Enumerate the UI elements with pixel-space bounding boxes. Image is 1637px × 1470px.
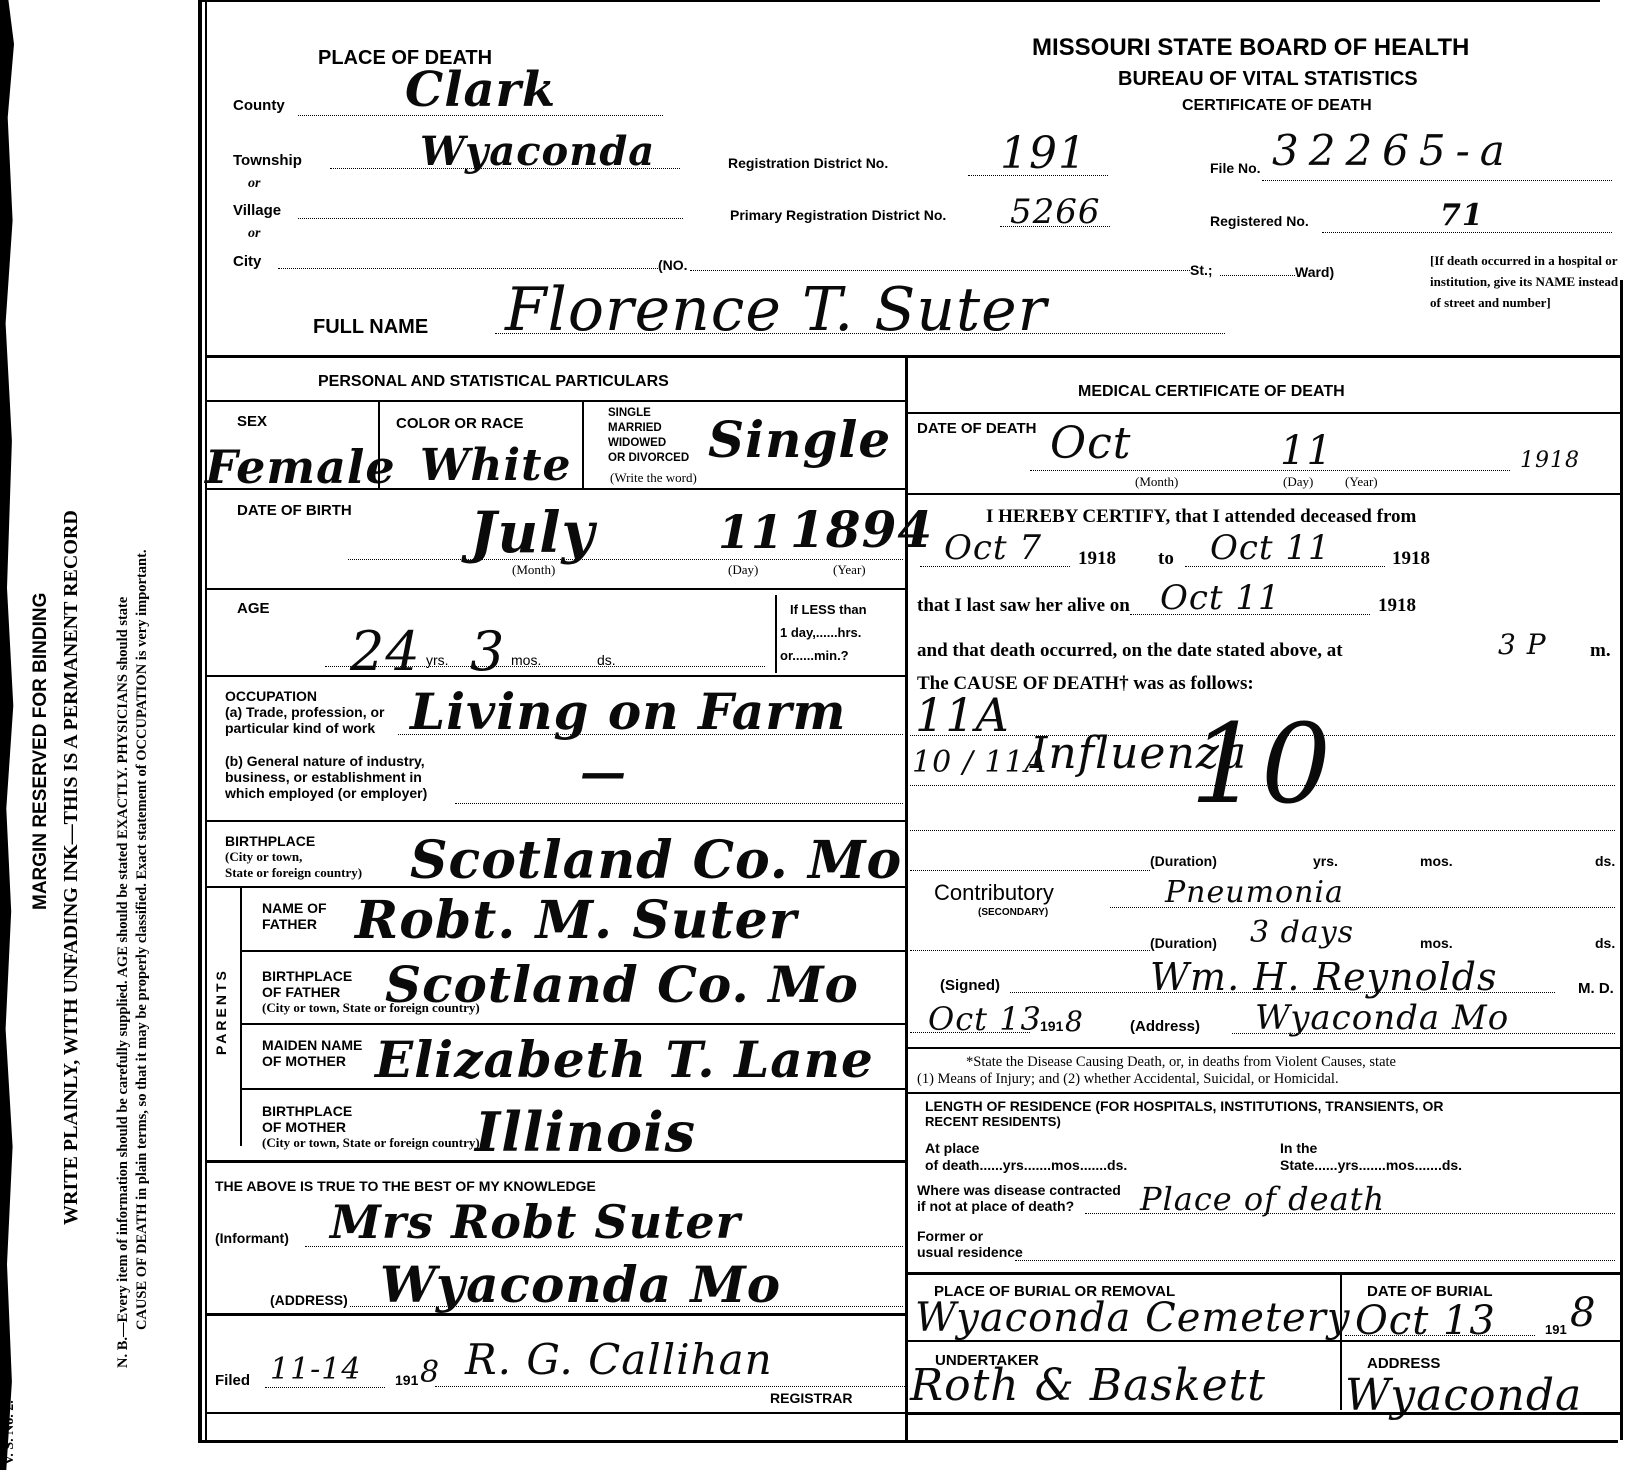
file-no-value: 32265-a	[1272, 126, 1515, 175]
dob-year-caption: (Year)	[833, 562, 866, 578]
marital-options: SINGLE MARRIED WIDOWED OR DIVORCED	[608, 406, 689, 466]
registration-district-label: Registration District No.	[728, 155, 888, 171]
residence-title: LENGTH OF RESIDENCE (FOR HOSPITALS, INST…	[925, 1098, 1444, 1114]
footnote-1: *State the Disease Causing Death, or, in…	[966, 1054, 1396, 1071]
dob-day: 11	[718, 505, 784, 559]
father-bp-label-2: OF FATHER	[262, 984, 340, 1000]
form-number: V. S. No. 2.	[2, 1400, 18, 1465]
county-label: County	[233, 97, 285, 114]
burial-year-prefix: 191	[1545, 1322, 1567, 1337]
primary-district-label: Primary Registration District No.	[730, 207, 946, 223]
dob-month-caption: (Month)	[512, 562, 555, 578]
personal-title: PERSONAL AND STATISTICAL PARTICULARS	[318, 373, 669, 391]
scan-edge	[0, 0, 14, 1470]
registration-district-value: 191	[1000, 128, 1087, 179]
footnote-divider	[905, 1047, 1620, 1049]
mother-bp-hint: (City or town, State or foreign country)	[262, 1135, 480, 1151]
age-mos-value: 3	[470, 620, 505, 683]
informant-statement: THE ABOVE IS TRUE TO THE BEST OF MY KNOW…	[215, 1178, 596, 1194]
margin-nb-line2: CAUSE OF DEATH in plain terms, so that i…	[134, 549, 151, 1330]
former-line	[1015, 1260, 1615, 1261]
city-line	[278, 268, 658, 269]
frame-left-inner	[205, 0, 207, 1440]
birthplace-hint-2: State or foreign country)	[225, 865, 362, 881]
mother-divider	[240, 1088, 905, 1090]
age-yrs-value: 24	[350, 620, 421, 683]
informant-divider	[205, 1160, 905, 1163]
frame-bottom	[198, 1440, 1618, 1443]
dob-day-caption: (Day)	[728, 562, 758, 578]
burial-place-value: Wyaconda Cemetery	[915, 1295, 1350, 1341]
occ-a-label-1: (a) Trade, profession, or	[225, 704, 384, 720]
attended-to: Oct 11	[1210, 528, 1331, 568]
township-label: Township	[233, 152, 302, 169]
mother-label-1: MAIDEN NAME	[262, 1037, 362, 1053]
father-divider	[240, 950, 905, 952]
township-value: Wyaconda	[420, 128, 655, 175]
margin-write-plainly: WRITE PLAINLY, WITH UNFADING INK—THIS IS…	[60, 510, 83, 1225]
occ-a-value: Living on Farm	[410, 682, 846, 741]
last-saw-text: that I last saw her alive on	[917, 595, 1130, 617]
cause-code-1: 11A	[915, 688, 1010, 742]
county-value: Clark	[405, 62, 556, 118]
less-than-line2: 1 day,......hrs.	[780, 625, 861, 640]
father-bp-value: Scotland Co. Mo	[385, 955, 859, 1014]
full-name-label: FULL NAME	[313, 316, 428, 339]
frame-right	[1620, 280, 1623, 1440]
birthplace-hint-1: (City or town,	[225, 849, 302, 865]
mother-bp-value: Illinois	[475, 1100, 696, 1164]
duration-line-1	[910, 870, 1150, 871]
secondary-label: (SECONDARY)	[978, 907, 1048, 918]
birthplace-divider	[205, 820, 905, 822]
filed-date-line	[265, 1387, 385, 1388]
undertaker-divider	[905, 1340, 1620, 1342]
occ-a-label-2: particular kind of work	[225, 720, 375, 736]
village-label: Village	[233, 202, 281, 219]
signed-year-prefix: 191	[1040, 1018, 1063, 1034]
duration-ds-2: ds.	[1595, 935, 1615, 951]
file-no-line	[1262, 180, 1612, 181]
registrar-label: REGISTRAR	[770, 1390, 852, 1406]
occurred-text: and that death occurred, on the date sta…	[917, 640, 1343, 662]
attended-to-year: 1918	[1392, 548, 1430, 570]
death-day-caption: (Day)	[1283, 474, 1313, 490]
parents-divider	[205, 886, 905, 888]
marital-option-single: SINGLE	[608, 406, 689, 421]
birthplace-label: BIRTHPLACE	[225, 833, 315, 849]
sex-race-divider	[378, 400, 380, 488]
marital-option-divorced: OR DIVORCED	[608, 451, 689, 466]
marital-option-widowed: WIDOWED	[608, 436, 689, 451]
occupation-divider	[205, 675, 905, 677]
bureau-title: BUREAU OF VITAL STATISTICS	[1118, 68, 1418, 91]
age-yrs-label: yrs.	[426, 652, 449, 668]
cause-code-2: 10 / 11A	[912, 745, 1047, 780]
father-bp-label-1: BIRTHPLACE	[262, 968, 352, 984]
medical-address-label: (Address)	[1130, 1018, 1200, 1035]
mother-value: Elizabeth T. Lane	[375, 1030, 874, 1089]
parents-label: PARENTS	[213, 968, 229, 1055]
margin-nb-line1: N. B.—Every item of information should b…	[115, 597, 132, 1368]
personal-divider	[205, 400, 905, 402]
mother-bp-label-1: BIRTHPLACE	[262, 1103, 352, 1119]
former-label-1: Former or	[917, 1228, 983, 1244]
at-place-label-1: At place	[925, 1140, 979, 1156]
contributory-label: Contributory	[934, 880, 1054, 906]
father-value: Robt. M. Suter	[355, 890, 797, 951]
occ-b-label-3: which employed (or employer)	[225, 785, 427, 801]
date-of-death-line	[1030, 470, 1510, 471]
hospital-note: [If death occurred in a hospital or inst…	[1430, 250, 1620, 313]
death-year-caption: (Year)	[1345, 474, 1378, 490]
in-state-label-2: State......yrs.......mos.......ds.	[1280, 1157, 1462, 1173]
informant-address-label: (ADDRESS)	[270, 1292, 348, 1308]
contracted-value: Place of death	[1140, 1180, 1385, 1218]
death-month: Oct	[1050, 418, 1131, 469]
or-label-2: or	[248, 226, 260, 242]
ward-label: Ward)	[1295, 264, 1334, 280]
dob-line	[348, 559, 903, 560]
mother-bp-label-2: OF MOTHER	[262, 1119, 346, 1135]
signed-date: Oct 13	[928, 1000, 1042, 1038]
frame-top	[200, 0, 1600, 2]
city-label: City	[233, 253, 261, 270]
signed-year-suffix: 8	[1065, 1005, 1084, 1038]
certificate-title: CERTIFICATE OF DEATH	[1182, 97, 1372, 115]
contracted-label-2: if not at place of death?	[917, 1198, 1074, 1214]
father-label-2: FATHER	[262, 916, 317, 932]
birthplace-value: Scotland Co. Mo	[410, 830, 902, 891]
contributory-duration: 3 days	[1250, 915, 1354, 950]
signed-label: (Signed)	[940, 977, 1000, 994]
duration-label-2: (Duration)	[1150, 935, 1217, 951]
registered-no-label: Registered No.	[1210, 213, 1309, 229]
duration-yrs-1: yrs.	[1313, 853, 1338, 869]
age-label: AGE	[237, 600, 270, 617]
race-label: COLOR OR RACE	[396, 415, 524, 432]
street-line	[690, 270, 1190, 271]
cause-code-big: 10	[1190, 700, 1332, 828]
divider-top	[205, 355, 1620, 358]
residence-divider	[905, 1092, 1620, 1094]
duration-mos-2: mos.	[1420, 935, 1453, 951]
dob-year: 1894	[790, 500, 933, 559]
burial-bottom	[905, 1412, 1620, 1415]
footnote-2: (1) Means of Injury; and (2) whether Acc…	[917, 1071, 1339, 1088]
registrar-signature: R. G. Callihan	[465, 1335, 773, 1384]
informant-address-value: Wyaconda Mo	[380, 1255, 781, 1314]
medical-divider	[905, 412, 1620, 414]
dob-divider	[205, 488, 905, 490]
mother-label-2: OF MOTHER	[262, 1053, 346, 1069]
father-label-1: NAME OF	[262, 900, 327, 916]
village-line	[298, 218, 683, 219]
dob-month: July	[470, 500, 595, 566]
less-than-line3: or......min.?	[780, 648, 849, 663]
filed-year-suffix: 8	[420, 1355, 440, 1390]
duration-mos-1: mos.	[1420, 853, 1453, 869]
primary-district-value: 5266	[1010, 192, 1101, 232]
at-place-label-2: of death......yrs.......mos.......ds.	[925, 1157, 1127, 1173]
filed-label: Filed	[215, 1372, 250, 1389]
cause-line-3	[910, 830, 1615, 831]
age-divider	[205, 588, 905, 590]
occupation-label: OCCUPATION	[225, 688, 317, 704]
sex-value: Female	[205, 440, 396, 494]
death-month-caption: (Month)	[1135, 474, 1178, 490]
frame-left	[198, 0, 202, 1440]
to-label: to	[1158, 548, 1174, 570]
age-mos-label: mos.	[511, 652, 541, 668]
contracted-label-1: Where was disease contracted	[917, 1182, 1121, 1198]
certify-divider	[905, 493, 1620, 495]
occ-b-value: —	[580, 745, 627, 799]
board-title: MISSOURI STATE BOARD OF HEALTH	[1032, 34, 1469, 62]
last-saw-date: Oct 11	[1160, 578, 1281, 618]
occurred-time: 3 P	[1498, 628, 1547, 661]
no-label: (NO.	[658, 257, 688, 273]
medical-title: MEDICAL CERTIFICATE OF DEATH	[1078, 383, 1345, 401]
medical-address-value: Wyaconda Mo	[1255, 998, 1509, 1038]
sex-label: SEX	[237, 413, 267, 430]
in-state-label-1: In the	[1280, 1140, 1317, 1156]
race-value: White	[420, 440, 571, 491]
occ-b-label-2: business, or establishment in	[225, 769, 422, 785]
certify-text: I HEREBY CERTIFY, that I attended deceas…	[986, 506, 1416, 528]
burial-date-value: Oct 13	[1355, 1298, 1496, 1344]
burial-divider	[905, 1272, 1620, 1275]
parents-side-divider	[240, 886, 242, 1146]
or-label-1: or	[248, 176, 260, 192]
signed-value: Wm. H. Reynolds	[1150, 955, 1497, 999]
registered-no-value: 71	[1440, 198, 1484, 233]
age-ds-label: ds.	[597, 652, 616, 668]
date-of-death-label: DATE OF DEATH	[917, 420, 1036, 437]
marital-hint: (Write the word)	[610, 470, 697, 486]
occ-b-line	[455, 803, 903, 804]
undertaker-value: Roth & Baskett	[910, 1360, 1266, 1411]
less-than-line1: If LESS than	[790, 602, 867, 617]
filed-divider	[205, 1313, 905, 1316]
informant-value: Mrs Robt Suter	[330, 1195, 741, 1249]
filed-bottom	[205, 1412, 905, 1414]
md-label: M. D.	[1578, 980, 1614, 997]
residence-title-2: RECENT RESIDENTS)	[925, 1114, 1061, 1129]
duration-label-1: (Duration)	[1150, 853, 1217, 869]
dob-label: DATE OF BIRTH	[237, 502, 352, 519]
duration-ds-1: ds.	[1595, 853, 1615, 869]
margin-reserved: MARGIN RESERVED FOR BINDING	[30, 593, 52, 910]
occurred-suffix: m.	[1590, 640, 1611, 662]
st-label: St.;	[1190, 262, 1213, 278]
death-year: 1918	[1520, 448, 1580, 473]
informant-label: (Informant)	[215, 1230, 289, 1246]
file-no-label: File No.	[1210, 160, 1261, 176]
marital-value: Single	[708, 410, 891, 469]
race-marital-divider	[582, 400, 584, 488]
last-saw-year: 1918	[1378, 595, 1416, 617]
age-less-divider	[775, 595, 777, 673]
filed-year-prefix: 191	[395, 1372, 418, 1388]
burial-year-suffix: 8	[1570, 1290, 1596, 1336]
occ-b-label-1: (b) General nature of industry,	[225, 753, 425, 769]
full-name-value: Florence T. Suter	[505, 275, 1047, 345]
former-label-2: usual residence	[917, 1244, 1023, 1260]
father-bp-divider	[240, 1023, 905, 1025]
duration-line-2	[910, 950, 1150, 951]
death-day: 11	[1280, 428, 1333, 474]
contributory-value: Pneumonia	[1165, 875, 1344, 910]
marital-option-married: MARRIED	[608, 421, 689, 436]
ward-line	[1220, 275, 1295, 276]
attended-from: Oct 7	[944, 528, 1042, 568]
filed-date: 11-14	[270, 1352, 361, 1387]
attended-from-year: 1918	[1078, 548, 1116, 570]
registrar-line	[435, 1386, 905, 1387]
